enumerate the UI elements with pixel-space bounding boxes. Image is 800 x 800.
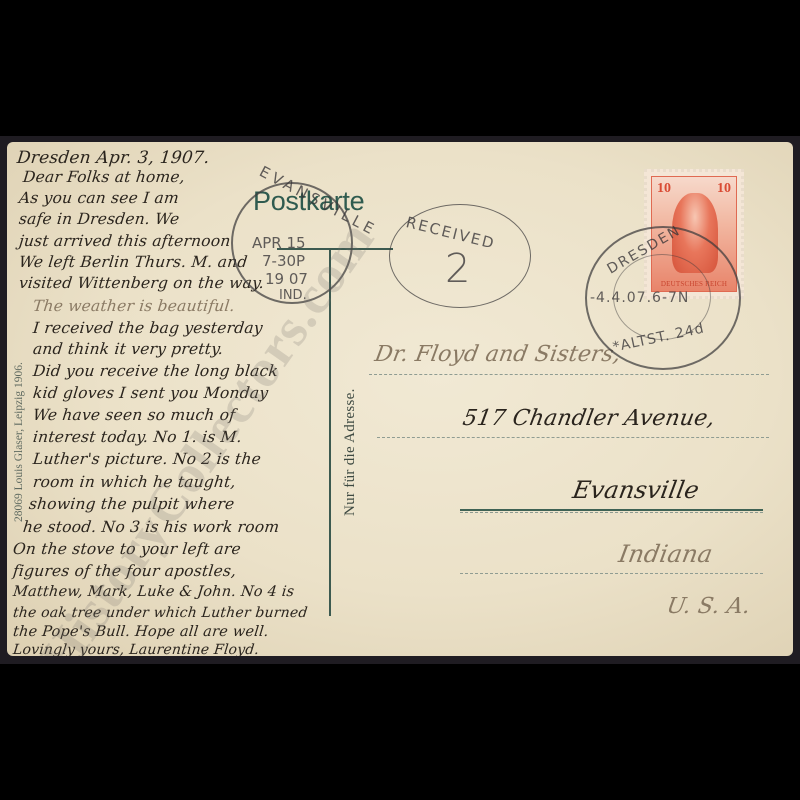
message-line: The weather is beautiful. [32, 297, 236, 315]
receiving-postmark-time: 7-30P [262, 252, 305, 270]
address-line: Evansville [571, 476, 702, 504]
received-number: 2 [445, 246, 470, 292]
message-line: safe in Dresden. We [18, 210, 180, 228]
message-line: We have seen so much of [32, 406, 236, 424]
message-line: Dresden Apr. 3, 1907. [16, 148, 211, 168]
origin-postmark-date: -4.4.07.6-7N [590, 290, 689, 306]
address-line: Indiana [617, 540, 715, 568]
message-line: Did you receive the long black [32, 362, 279, 380]
address-line: Dr. Floyd and Sisters, [373, 342, 623, 367]
message-line: On the stove to your left are [12, 540, 242, 558]
address-line: 517 Chandler Avenue, [461, 406, 717, 431]
message-line: the oak tree under which Luther burned [12, 605, 308, 621]
message-line: he stood. No 3 is his work room [22, 518, 280, 536]
address-rule-2 [377, 437, 769, 438]
message-line: As you can see I am [18, 189, 180, 207]
address-rule-4 [460, 573, 763, 574]
receiving-postmark-date: APR 15 [252, 234, 306, 252]
message-line: We left Berlin Thurs. M. and [18, 253, 248, 271]
address-rule-3 [460, 509, 763, 513]
message-line: the Pope's Bull. Hope all are well. [12, 624, 269, 640]
message-line: just arrived this afternoon [18, 232, 231, 250]
message-line: Matthew, Mark, Luke & John. No 4 is [12, 584, 295, 600]
address-line: U. S. A. [665, 594, 753, 619]
message-line: I received the bag yesterday [32, 319, 264, 337]
address-rule-1 [369, 374, 769, 375]
stamp-value-right: 10 [717, 181, 731, 197]
message-line: showing the pulpit where [28, 495, 235, 513]
receiving-postmark-year: 19 07 [265, 270, 308, 288]
message-line: figures of the four apostles, [12, 562, 237, 580]
message-line: Dear Folks at home, [22, 168, 186, 186]
message-line: interest today. No 1. is M. [32, 428, 243, 446]
address-side-label: Nur für die Adresse. [342, 388, 359, 516]
stamp-value-left: 10 [657, 181, 671, 197]
postcard-back: 28069 Louis Glaser, Leipzig 1906. Postka… [7, 142, 793, 656]
message-line: room in which he taught, [32, 473, 237, 491]
message-line: visited Wittenberg on the way. [18, 274, 265, 292]
message-line: Luther's picture. No 2 is the [32, 450, 262, 468]
center-divider [329, 248, 331, 616]
message-line: and think it very pretty. [32, 340, 224, 358]
receiving-postmark-suffix: IND. [279, 288, 307, 303]
printer-imprint: 28069 Louis Glaser, Leipzig 1906. [13, 362, 25, 522]
message-line: Lovingly yours, Laurentine Floyd. [12, 642, 260, 656]
message-line: kid gloves I sent you Monday [32, 384, 269, 402]
